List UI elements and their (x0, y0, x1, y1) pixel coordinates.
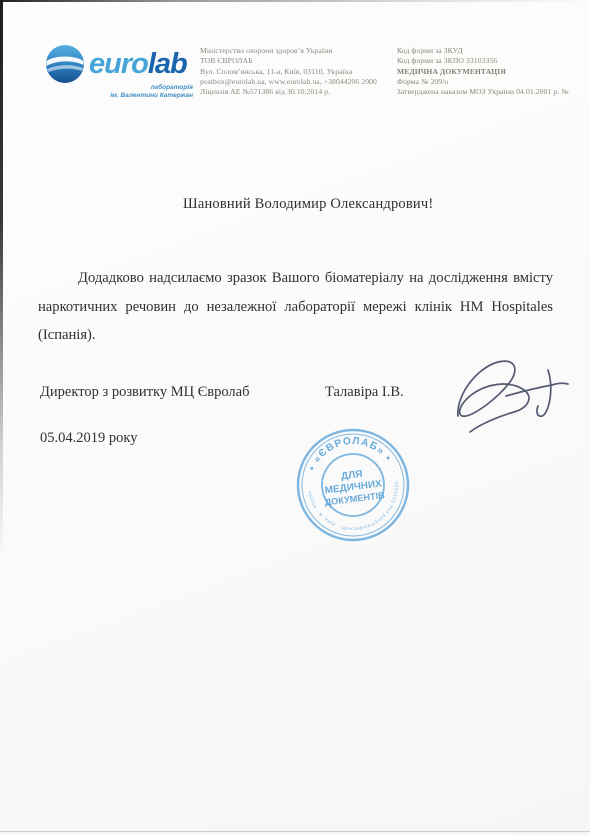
form-line-number: Форма № 209/о (397, 77, 587, 87)
salutation: Шановний Володимир Олександрович! (183, 196, 433, 213)
body-line-1: Додадково надсилаємо зразок Вашого біома… (38, 264, 553, 293)
brand-euro: euro (89, 48, 148, 80)
form-line-meddoc: МЕДИЧНА ДОКУМЕНТАЦІЯ (397, 67, 587, 77)
brand-subtitle-line1: лабораторія (45, 84, 193, 92)
photo-edge-left (0, 0, 3, 560)
letter-page: eurolab лабораторія ім. Валентини Катерж… (0, 0, 590, 835)
org-line-company: ТОВ ЄВРОЛАБ (200, 56, 400, 66)
eurolab-logo: eurolab лабораторія ім. Валентини Катерж… (45, 44, 195, 100)
photo-edge-bottom (0, 831, 590, 832)
form-info-block: Код форми за ЗКУД Код форми за ЗКПО 3310… (397, 46, 587, 97)
signer-name: Талавіра І.В. (325, 384, 404, 401)
brand-subtitle-line2: ім. Валентини Катержан (45, 92, 193, 100)
org-line-contacts: postbox@eurolab.ua, www.eurolab.ua, +380… (200, 77, 400, 87)
org-line-address: Вул. Солом’янська, 11-а, Київ, 03110, Ук… (200, 67, 400, 77)
form-line-zkpo: Код форми за ЗКПО 33103356 (397, 56, 587, 66)
form-line-approved: Затверджена наказом МОЗ України 04.01.20… (397, 87, 587, 97)
handwritten-signature (436, 350, 580, 450)
org-line-license: Ліцензія АЕ №571386 від 30.10.2014 р. (200, 87, 400, 97)
form-line-zkud: Код форми за ЗКУД (397, 46, 587, 56)
letter-body: Додадково надсилаємо зразок Вашого біома… (38, 264, 553, 350)
body-line-2: наркотичних речовин до незалежної лабора… (38, 293, 553, 322)
org-info-block: Міністерство охорони здоров’я України ТО… (200, 46, 400, 97)
org-line-ministry: Міністерство охорони здоров’я України (200, 46, 400, 56)
brand-subtitle: лабораторія ім. Валентини Катержан (45, 84, 195, 100)
body-line-3: (Іспанія). (38, 321, 553, 350)
letter-date: 05.04.2019 року (40, 430, 137, 447)
brand-lab: lab (148, 48, 187, 80)
letterhead: eurolab лабораторія ім. Валентини Катерж… (45, 42, 578, 112)
eurolab-sphere-icon (45, 44, 85, 84)
eurolab-round-stamp: • «ЄВРОЛАБ» • · Україна · м. Київ · іден… (287, 419, 419, 551)
photo-edge-top (0, 0, 590, 2)
signer-title: Директор з розвитку МЦ Євролаб (40, 384, 249, 401)
brand-wordmark: eurolab (89, 50, 187, 79)
